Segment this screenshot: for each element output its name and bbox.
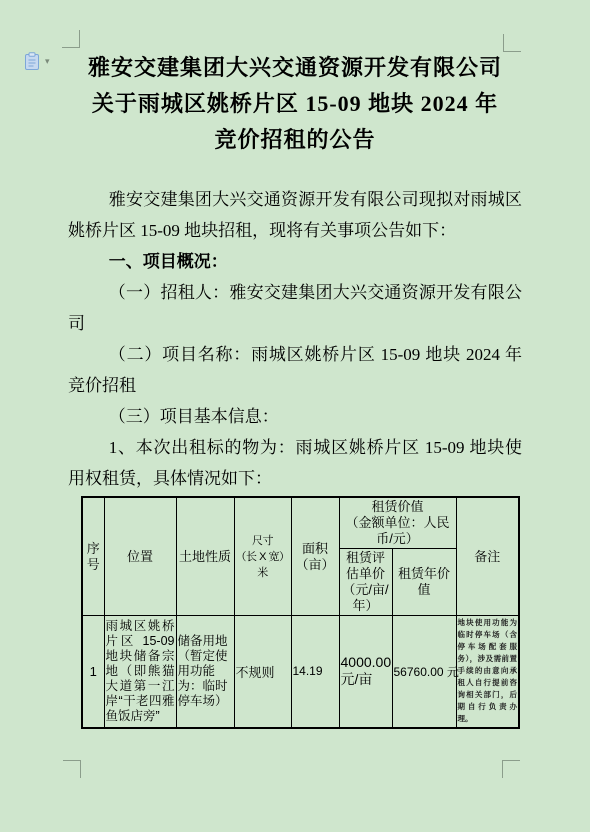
- header-unit-price: 租赁评估单价 （元/亩/年）: [339, 549, 392, 616]
- cell-annual-value: 56760.00 元: [392, 616, 456, 728]
- paragraph-section-1: 一、项目概况：: [68, 246, 522, 277]
- cell-seq: 1: [82, 616, 104, 728]
- paragraph-project-name: （二）项目名称：雨城区姚桥片区 15-09 地块 2024 年竞价招租: [68, 339, 522, 401]
- clipboard-paste-icon: [24, 52, 41, 71]
- paragraph-intro: 雅安交建集团大兴交通资源开发有限公司现拟对雨城区姚桥片区 15-09 地块招租，…: [68, 184, 522, 246]
- cell-remark: 地块使用功能为临时停车场（含停车场配套服务），涉及需前置手续的由意向承租人自行提…: [456, 616, 519, 728]
- paragraph-lease-object: 1、本次出租标的物为：雨城区姚桥片区 15-09 地块使用权租赁，具体情况如下：: [68, 432, 522, 494]
- header-annual-value: 租赁年价值: [392, 549, 456, 616]
- header-lease-value-group: 租赁价值 （金额单位：人民币/元）: [339, 497, 456, 549]
- document-page: ▾ 雅安交建集团大兴交通资源开发有限公司 关于雨城区姚桥片区 15-09 地块 …: [0, 0, 590, 832]
- title-line-3: 竞价招租的公告: [40, 122, 550, 158]
- header-seq: 序 号: [82, 497, 104, 616]
- margin-mark-bottom-right: [502, 760, 520, 778]
- document-title: 雅安交建集团大兴交通资源开发有限公司 关于雨城区姚桥片区 15-09 地块 20…: [40, 50, 550, 158]
- margin-mark-top-left: [62, 30, 80, 48]
- header-remark: 备注: [456, 497, 519, 616]
- title-line-2: 关于雨城区姚桥片区 15-09 地块 2024 年: [40, 86, 550, 122]
- title-line-1: 雅安交建集团大兴交通资源开发有限公司: [40, 50, 550, 86]
- paragraph-lessor: （一）招租人：雅安交建集团大兴交通资源开发有限公司: [68, 277, 522, 339]
- paragraph-basic-info: （三）项目基本信息：: [68, 401, 522, 432]
- cell-area: 14.19: [291, 616, 339, 728]
- document-body: 雅安交建集团大兴交通资源开发有限公司现拟对雨城区姚桥片区 15-09 地块招租，…: [68, 184, 522, 494]
- header-size: 尺寸 （长 X 宽） 米: [234, 497, 291, 616]
- land-lease-table: 序 号 位置 土地性质 尺寸 （长 X 宽） 米 面积 （亩） 租赁价值 （金额…: [81, 496, 520, 729]
- header-land-nature: 土地性质: [176, 497, 234, 616]
- header-area: 面积 （亩）: [291, 497, 339, 616]
- table-row: 1 雨城区姚桥片区 15-09 地块储备宗地（即熊猫大道第一江岸“干老四雅鱼饭店…: [82, 616, 519, 728]
- cell-unit-price: 4000.00 元/亩: [339, 616, 392, 728]
- cell-land-nature: 储备用地（暂定使用功能为：临时停车场）: [176, 616, 234, 728]
- margin-mark-bottom-left: [63, 760, 81, 778]
- header-location: 位置: [104, 497, 176, 616]
- cell-location: 雨城区姚桥片区 15-09 地块储备宗地（即熊猫大道第一江岸“干老四雅鱼饭店旁”: [104, 616, 176, 728]
- cell-size: 不规则: [234, 616, 291, 728]
